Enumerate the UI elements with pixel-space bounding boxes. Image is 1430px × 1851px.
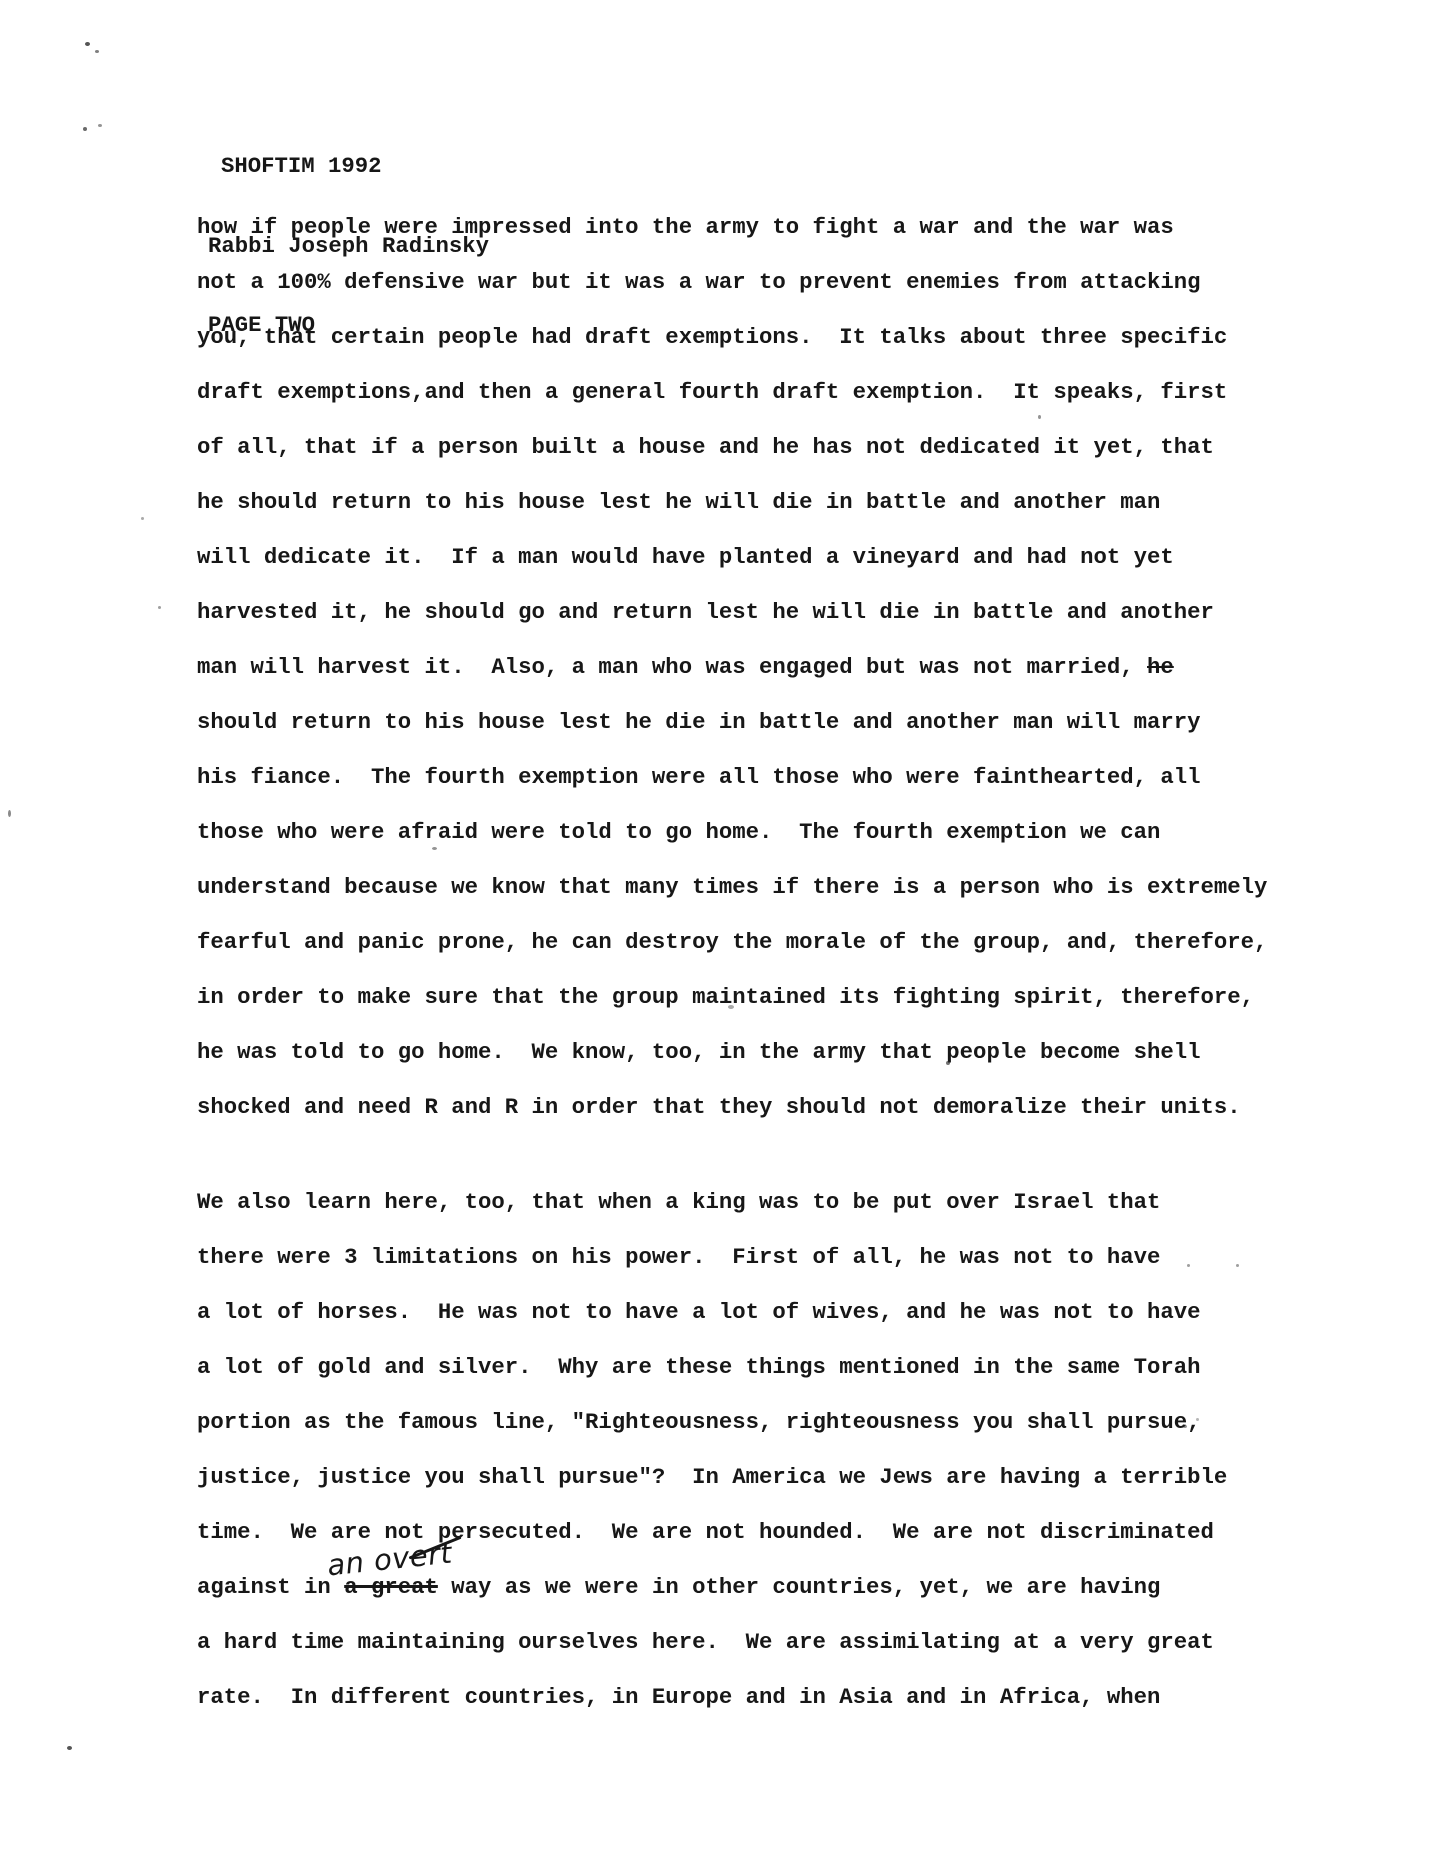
text-line: should return to his house lest he die i… <box>197 695 1267 750</box>
paragraph: how if people were impressed into the ar… <box>197 200 1267 1135</box>
text-line: a lot of gold and silver. Why are these … <box>197 1340 1267 1395</box>
text-line: We also learn here, too, that when a kin… <box>197 1175 1267 1230</box>
scan-artifact <box>1183 1425 1187 1428</box>
scan-artifact <box>1196 1418 1199 1421</box>
scan-artifact <box>728 1005 734 1009</box>
scan-artifact <box>85 42 90 46</box>
text-line: you, that certain people had draft exemp… <box>197 310 1267 365</box>
scan-artifact <box>8 810 11 817</box>
scan-artifact <box>946 1061 950 1065</box>
line-segment: way as we were in other countries, yet, … <box>438 1574 1161 1600</box>
text-line: in order to make sure that the group mai… <box>197 970 1267 1025</box>
text-line: justice, justice you shall pursue"? In A… <box>197 1450 1267 1505</box>
scan-artifact <box>1187 1264 1190 1267</box>
text-line: will dedicate it. If a man would have pl… <box>197 530 1267 585</box>
line-segment: man will harvest it. Also, a man who was… <box>197 654 1147 680</box>
overstruck-text: he <box>1147 654 1174 680</box>
scan-artifact <box>1038 415 1041 419</box>
header-title: SHOFTIM 1992 <box>208 153 489 180</box>
text-line: man will harvest it. Also, a man who was… <box>197 640 1267 695</box>
text-line: there were 3 limitations on his power. F… <box>197 1230 1267 1285</box>
text-line: not a 100% defensive war but it was a wa… <box>197 255 1267 310</box>
text-line: how if people were impressed into the ar… <box>197 200 1267 255</box>
text-line: his fiance. The fourth exemption were al… <box>197 750 1267 805</box>
scan-artifact <box>1236 1264 1239 1267</box>
scan-artifact <box>432 847 437 850</box>
scan-artifact <box>95 50 99 53</box>
text-line: harvested it, he should go and return le… <box>197 585 1267 640</box>
text-line: understand because we know that many tim… <box>197 860 1267 915</box>
scan-artifact <box>158 606 161 609</box>
scan-artifact <box>67 1746 72 1750</box>
text-line: a hard time maintaining ourselves here. … <box>197 1615 1267 1670</box>
text-line: he was told to go home. We know, too, in… <box>197 1025 1267 1080</box>
document-body: how if people were impressed into the ar… <box>197 200 1267 1725</box>
text-line: draft exemptions,and then a general four… <box>197 365 1267 420</box>
document-page: SHOFTIM 1992 Rabbi Joseph Radinsky PAGE … <box>0 0 1430 1851</box>
text-line: shocked and need R and R in order that t… <box>197 1080 1267 1135</box>
paragraph: We also learn here, too, that when a kin… <box>197 1175 1267 1725</box>
text-line: he should return to his house lest he wi… <box>197 475 1267 530</box>
text-line: those who were afraid were told to go ho… <box>197 805 1267 860</box>
text-line: portion as the famous line, "Righteousne… <box>197 1395 1267 1450</box>
text-line: a lot of horses. He was not to have a lo… <box>197 1285 1267 1340</box>
text-line: fearful and panic prone, he can destroy … <box>197 915 1267 970</box>
scan-artifact <box>83 127 87 131</box>
scan-artifact <box>141 517 144 520</box>
text-line: of all, that if a person built a house a… <box>197 420 1267 475</box>
text-line: against in a great way as we were in oth… <box>197 1560 1267 1615</box>
line-segment: against in <box>197 1574 344 1600</box>
text-line: rate. In different countries, in Europe … <box>197 1670 1267 1725</box>
scan-artifact <box>98 124 102 127</box>
